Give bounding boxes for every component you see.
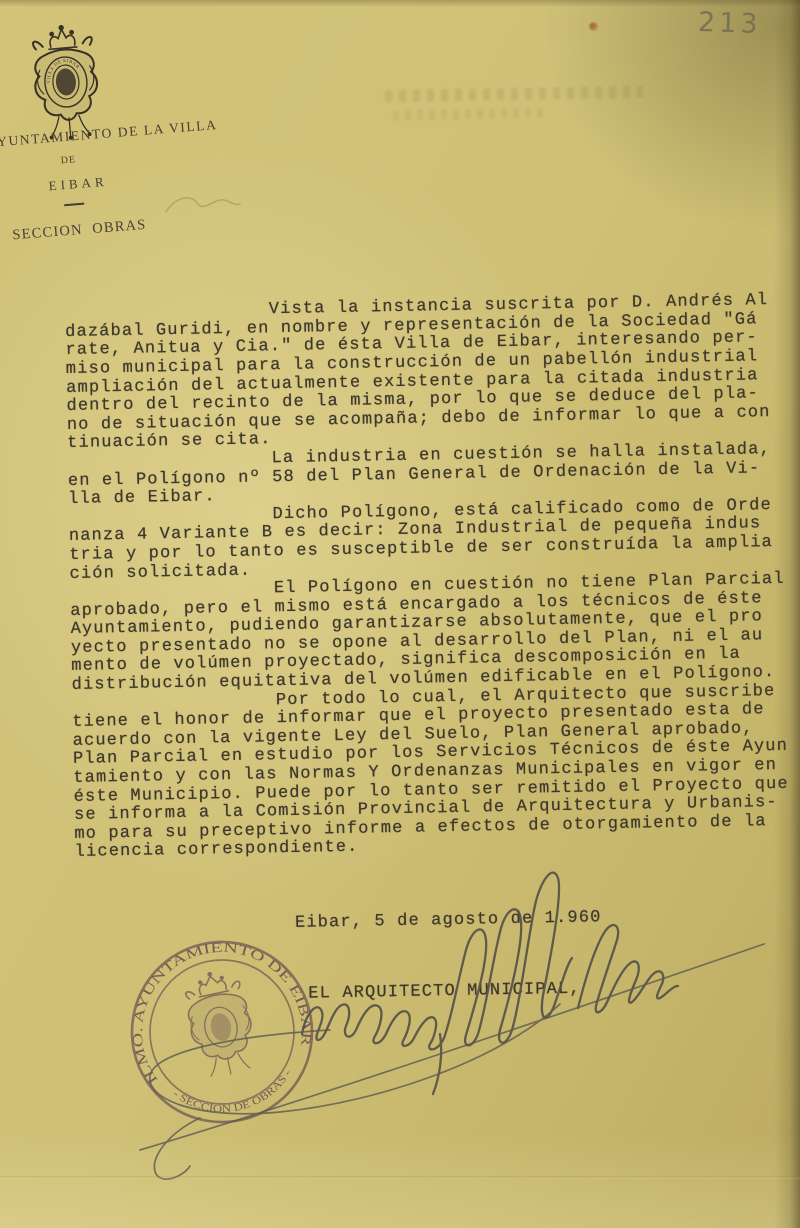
scanned-document-page: 213 VILLA DE EIBAR AYUNTAMIENTO DE LA VI…: [0, 0, 800, 1228]
document-body: Vista la instancia suscrita por D. André…: [65, 292, 799, 863]
signature-long-stroke: [140, 944, 764, 1150]
letterhead-divider: [64, 203, 84, 207]
paragraph: El Polígono en cuestión no tiene Plan Pa…: [70, 571, 796, 696]
letterhead-city: EIBAR: [48, 174, 108, 195]
paper-crease: [0, 1176, 800, 1179]
paragraph: Por todo lo cual, el Arquitecto que susc…: [72, 682, 799, 863]
handwritten-page-number: 213: [697, 7, 762, 40]
signature-tail-flourish: [154, 1118, 200, 1179]
signature-vertical-tick: [433, 1034, 441, 1094]
bleedthrough-text-artifact: [385, 86, 643, 103]
signature-right-flourish: [578, 925, 678, 1012]
bleedthrough-text-artifact: [393, 108, 543, 121]
letterhead-section: SECCION OBRAS: [12, 217, 147, 244]
ink-speck: [589, 22, 598, 31]
letterhead-de: DE: [60, 154, 76, 166]
signature: [0, 840, 800, 1228]
signature-loop-rubric: [150, 1004, 560, 1114]
letterhead: AYUNTAMIENTO DE LA VILLA DE EIBAR SECCIO…: [0, 108, 269, 254]
paragraph: Vista la instancia suscrita por D. André…: [65, 292, 792, 454]
pencil-mark: [158, 188, 248, 222]
